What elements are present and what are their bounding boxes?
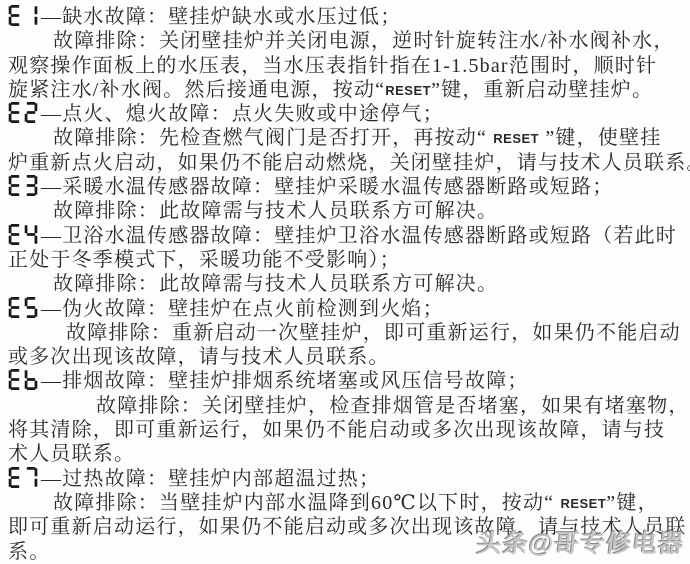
error-code-display [8,5,40,29]
fault-line: 正处于冬季模式下，采暖功能不受影响）； [8,248,682,272]
error-code-display [8,297,40,321]
error-code-display [8,175,40,199]
fault-section-e3: —采暖水温传感器故障：壁挂炉采暖水温传感器断路或短路；故障排除：此故障需与技术人… [8,175,682,224]
seven-segment-digit-icon [8,369,22,390]
fault-heading: —采暖水温传感器故障：壁挂炉采暖水温传感器断路或短路； [8,175,682,199]
fault-heading: —过热故障：壁挂炉内部超温过热； [8,467,682,491]
error-code-display [8,102,40,126]
fault-section-e2: —点火、熄火故障：点火失败或中途停气；故障排除：先检查燃气阀门是否打开，再按动“… [8,102,682,175]
fault-line: 将其清除，即可重新运行，如果仍不能启动或多次出现该故障，请与技 [8,418,682,442]
fault-section-e5: —伪火故障：壁挂炉在点火前检测到火焰；故障排除：重新启动一次壁挂炉，即可重新运行… [8,297,682,370]
fault-heading: —点火、熄火故障：点火失败或中途停气； [8,102,682,126]
reset-key-label: RESET [385,83,431,98]
fault-line: 故障排除：关闭壁挂炉并关闭电源，逆时针旋转注水/补水阀补水， [8,29,682,53]
seven-segment-digit-icon [24,224,38,245]
seven-segment-digit-icon [8,5,22,26]
fault-title: —排烟故障：壁挂炉排烟系统堵塞或风压信号故障； [41,370,529,392]
fault-section-e4: —卫浴水温传感器故障：壁挂炉卫浴水温传感器断路或短路（若此时正处于冬季模式下，采… [8,224,682,297]
seven-segment-digit-icon [24,467,38,488]
fault-line: 旋紧注水/补水阀。然后接通电源，按动“RESET”键，重新启动壁挂炉。 [8,78,682,102]
fault-line: 观察操作面板上的水压表，当水压表指针指在1-1.5bar范围时，顺时针 [8,54,682,78]
fault-title: —过热故障：壁挂炉内部超温过热； [41,468,380,490]
seven-segment-digit-icon [8,102,22,123]
fault-line: 故障排除：此故障需与技术人员联系方可解决。 [8,199,682,223]
fault-line: 或多次出现该故障，请与技术人员联系。 [8,345,682,369]
fault-title: —点火、熄火故障：点火失败或中途停气； [41,103,444,125]
fault-title: —缺水故障：壁挂炉缺水或水压过低； [41,6,401,28]
fault-title: —卫浴水温传感器故障：壁挂炉卫浴水温传感器断路或短路（若此时 [41,225,677,247]
fault-line: 故障排除：重新启动一次壁挂炉，即可重新运行，如果仍不能启动 [8,321,682,345]
fault-heading: —缺水故障：壁挂炉缺水或水压过低； [8,5,682,29]
fault-heading: —伪火故障：壁挂炉在点火前检测到火焰； [8,297,682,321]
fault-line: 故障排除：关闭壁挂炉，检查排烟管是否堵塞，如果有堵塞物， [8,394,682,418]
reset-key-label: RESET [560,496,606,511]
fault-line: 故障排除：先检查燃气阀门是否打开，再按动“ RESET ”键，使壁挂 [8,126,682,150]
fault-line: 术人员联系。 [8,442,682,466]
error-code-display [8,224,40,248]
seven-segment-digit-icon [24,5,38,26]
fault-line: 故障排除：此故障需与技术人员联系方可解决。 [8,272,682,296]
fault-line: 炉重新点火启动，如果仍不能启动燃烧，关闭壁挂炉，请与技术人员联系。 [8,151,682,175]
fault-section-e6: —排烟故障：壁挂炉排烟系统堵塞或风压信号故障；故障排除：关闭壁挂炉，检查排烟管是… [8,369,682,466]
document-page: —缺水故障：壁挂炉缺水或水压过低；故障排除：关闭壁挂炉并关闭电源，逆时针旋转注水… [0,0,690,564]
fault-section-e1: —缺水故障：壁挂炉缺水或水压过低；故障排除：关闭壁挂炉并关闭电源，逆时针旋转注水… [8,5,682,102]
seven-segment-digit-icon [24,297,38,318]
seven-segment-digit-icon [8,175,22,196]
seven-segment-digit-icon [24,369,38,390]
error-code-display [8,369,40,393]
fault-heading: —卫浴水温传感器故障：壁挂炉卫浴水温传感器断路或短路（若此时 [8,224,682,248]
reset-key-label: RESET [493,131,539,146]
fault-title: —采暖水温传感器故障：壁挂炉采暖水温传感器断路或短路； [41,176,613,198]
watermark: 头条@哥专修电器 [475,524,686,560]
fault-title: —伪火故障：壁挂炉在点火前检测到火焰； [41,298,444,320]
seven-segment-digit-icon [8,297,22,318]
fault-line: 故障排除：当壁挂炉内部水温降到60℃以下时，按动“ RESET”键， [8,491,682,515]
seven-segment-digit-icon [8,467,22,488]
seven-segment-digit-icon [24,102,38,123]
fault-heading: —排烟故障：壁挂炉排烟系统堵塞或风压信号故障； [8,369,682,393]
fault-code-list: —缺水故障：壁挂炉缺水或水压过低；故障排除：关闭壁挂炉并关闭电源，逆时针旋转注水… [8,5,682,564]
error-code-display [8,467,40,491]
seven-segment-digit-icon [24,175,38,196]
seven-segment-digit-icon [8,224,22,245]
